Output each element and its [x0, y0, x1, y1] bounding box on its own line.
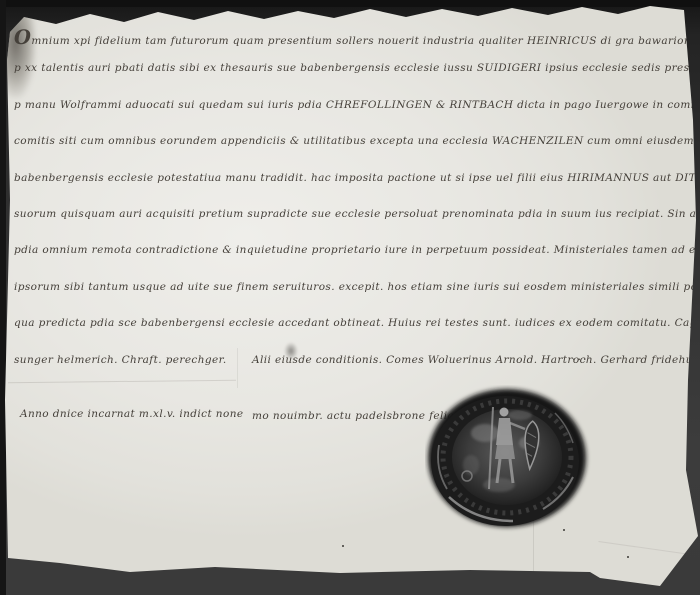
crease-line: [598, 541, 697, 556]
wax-seal: [425, 385, 595, 535]
witness-line-right: Alii eiusde conditionis. Comes Woluerinu…: [252, 354, 700, 366]
charter-text-line: p xx talentis auri pbati datis sibi ex t…: [14, 62, 664, 98]
charter-body-text: Omnium xpi fidelium tam futurorum quam p…: [14, 26, 664, 390]
parchment: Omnium xpi fidelium tam futurorum quam p…: [0, 0, 700, 595]
trailing-marks: ...: [572, 350, 589, 363]
charter-text-line: Omnium xpi fidelium tam futurorum quam p…: [14, 26, 664, 62]
photo-border-top: [0, 0, 700, 7]
charter-text-line: babenbergensis ecclesie potestatiua manu…: [14, 172, 664, 208]
charter-text-line: comitis siti cum omnibus eorundem append…: [14, 135, 664, 171]
speck: [627, 556, 629, 558]
witness-line-left: sunger helmerich. Chraft. perechger.: [14, 354, 227, 366]
date-line-left: Anno dnice incarnat m.xl.v. indict none: [20, 408, 243, 420]
charter-text-line: pdia omnium remota contradictione & inqu…: [14, 244, 664, 280]
charter-text-line: qua predicta pdia sce babenbergensi eccl…: [14, 317, 664, 353]
charter-text-line: ipsorum sibi tantum usque ad uite sue fi…: [14, 281, 664, 317]
speck: [342, 545, 344, 547]
charter-photograph: Omnium xpi fidelium tam futurorum quam p…: [0, 0, 700, 595]
charter-text-line: suorum quisquam auri acquisiti pretium s…: [14, 208, 664, 244]
charter-text-line: p manu Wolframmi aduocati sui quedam sui…: [14, 99, 664, 135]
photo-border-left: [0, 0, 6, 595]
